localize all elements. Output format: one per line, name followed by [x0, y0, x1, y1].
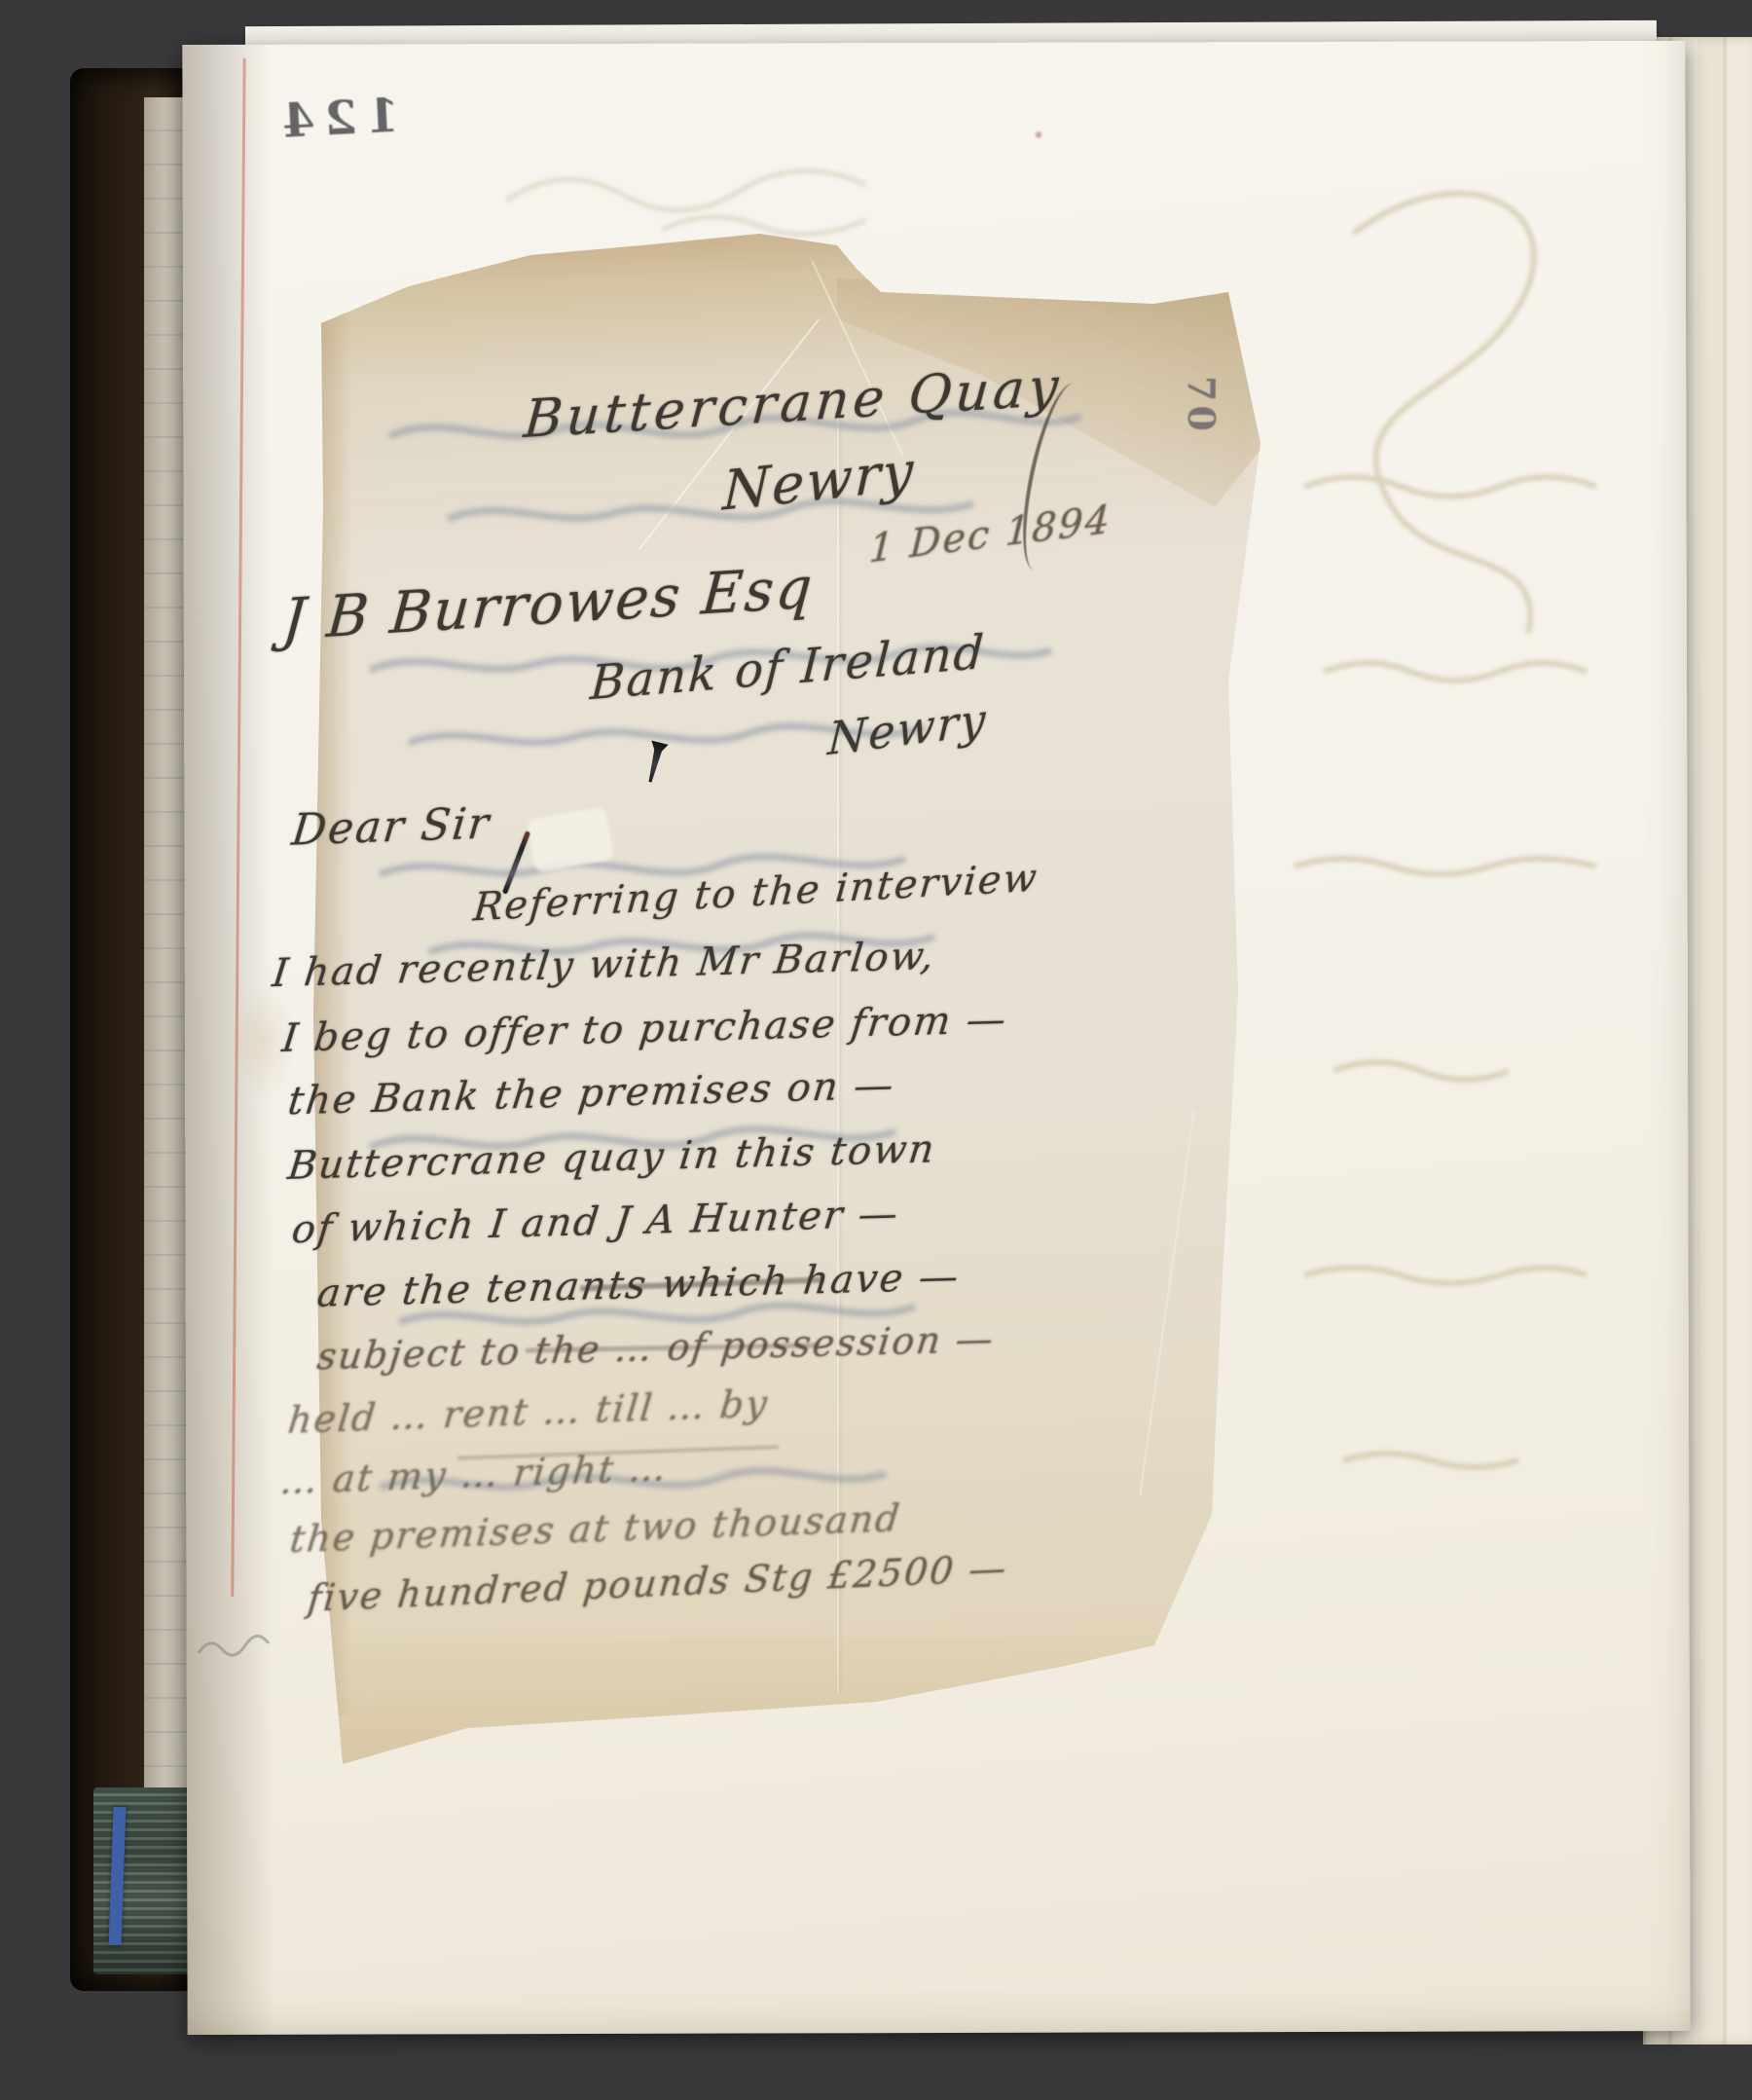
letterbook-photo: 124 [0, 0, 1752, 2100]
crease-line [1139, 1110, 1195, 1495]
side-number-stamp: 70 [1180, 376, 1223, 435]
folio-number-stamp: 124 [272, 89, 401, 150]
ink-stain [1034, 130, 1043, 139]
salutation: Dear Sir [289, 798, 493, 855]
